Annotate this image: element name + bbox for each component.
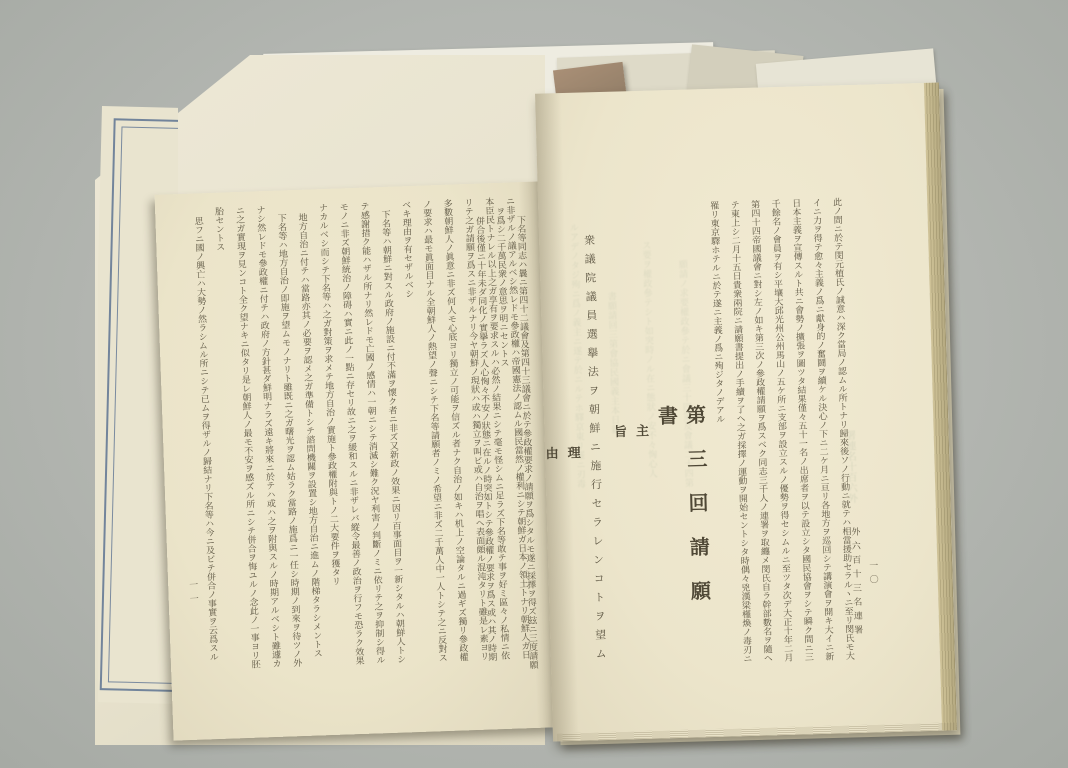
photo-backdrop: ニ非ザルノ議アルベシ然レドモ參政權ハ帝國憲法ノ認ムル國民當然ノ權利ニシテ朝鮮ガ日… bbox=[0, 0, 1068, 768]
fore-edge-page-stack bbox=[924, 82, 957, 730]
left-page-number: 一一 bbox=[186, 580, 200, 608]
petition-paragraph: 下名等ハ地方自治ノ即施ヲ望ムモノナリト雖既ニ之ガ曙光ヲ認ム姑ラク當路ノ施爲ニ一任… bbox=[207, 204, 306, 671]
right-page-body-text: 此ノ間ニ於テ閔元植氏ノ誠意ハ深ク當局ノ認ムル所トナリ歸來後ソノ行動ニ就テハ相當援… bbox=[538, 197, 859, 671]
right-page-number: 一〇 bbox=[866, 560, 880, 588]
petition-paragraph: 此ノ間ニ於テ閔元植氏ノ誠意ハ深ク當局ノ認ムル所トナリ歸來後ソノ行動ニ就テハ相當援… bbox=[703, 197, 859, 667]
signature-count-note: 外六百十三名連署 bbox=[848, 527, 864, 639]
petition-paragraph: 下名等ハ朝鮮ニ對スル政府ノ施設ニ付不滿ヲ懷ク者ニ非ズ又新政ノ效果ニ因リ百事面目ヲ… bbox=[311, 201, 410, 668]
right-page: ルアデノタジ殉ニ爲ノ義主ニ遂テ於ニルテホ驛京東リ罹ニ刃毒 書願請回三第會協民國義… bbox=[535, 82, 957, 741]
